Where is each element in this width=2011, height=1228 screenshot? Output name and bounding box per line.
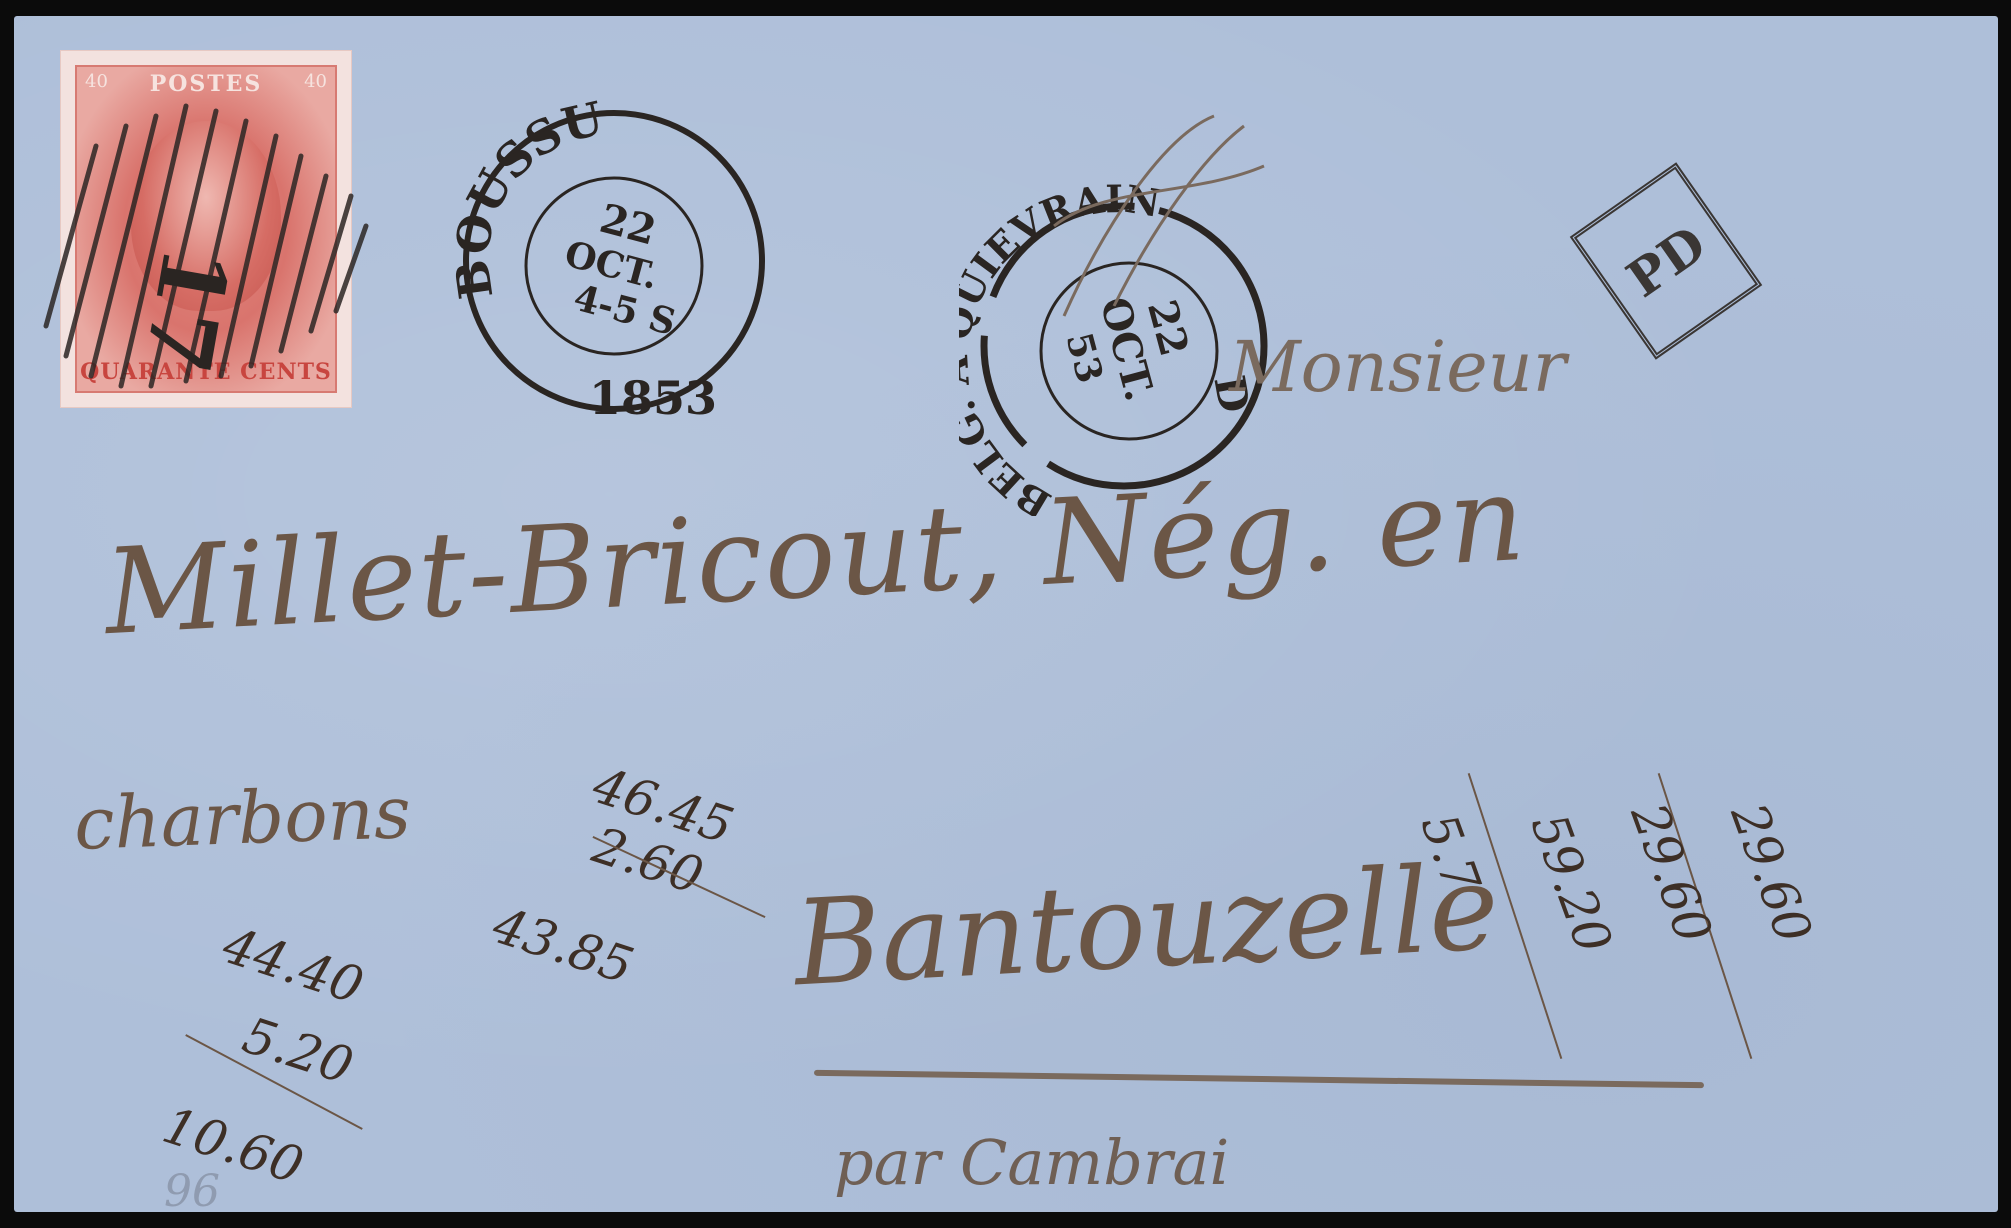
underline xyxy=(814,1070,1704,1088)
numeral-cancel: 17 xyxy=(36,76,376,396)
postmark-boussu: BOUSSU 1853 22 OCT. 4-5 S xyxy=(424,96,804,430)
salutation: Monsieur xyxy=(1229,326,1566,408)
flourish-m xyxy=(1044,106,1274,336)
addressee: Millet-Bricout, Nég. en xyxy=(101,449,1529,661)
calc-line-3: 43.85 xyxy=(486,896,640,995)
routing-note: par Cambrai xyxy=(834,1126,1229,1199)
calc-right-3: 29.60 xyxy=(1619,796,1722,950)
envelope-cover: 40 POSTES 40 QUARANTE CENTS 17 xyxy=(14,16,1998,1212)
calc-bottom-1: 44.40 xyxy=(216,916,370,1015)
postmark-year: 1853 xyxy=(589,371,717,425)
calc-right-4: 29.60 xyxy=(1719,796,1822,950)
calc-right-2: 59.20 xyxy=(1519,806,1622,960)
pd-handstamp: PD xyxy=(1570,162,1763,359)
destination-city: Bantouzelle xyxy=(791,838,1502,1013)
obliterator-number: 17 xyxy=(123,239,249,381)
pd-text: PD xyxy=(1616,214,1716,309)
commodity-note: charbons xyxy=(73,770,413,866)
calc-bottom-2: 5.20 xyxy=(236,1006,360,1096)
pencil-note: 96 xyxy=(164,1166,220,1217)
